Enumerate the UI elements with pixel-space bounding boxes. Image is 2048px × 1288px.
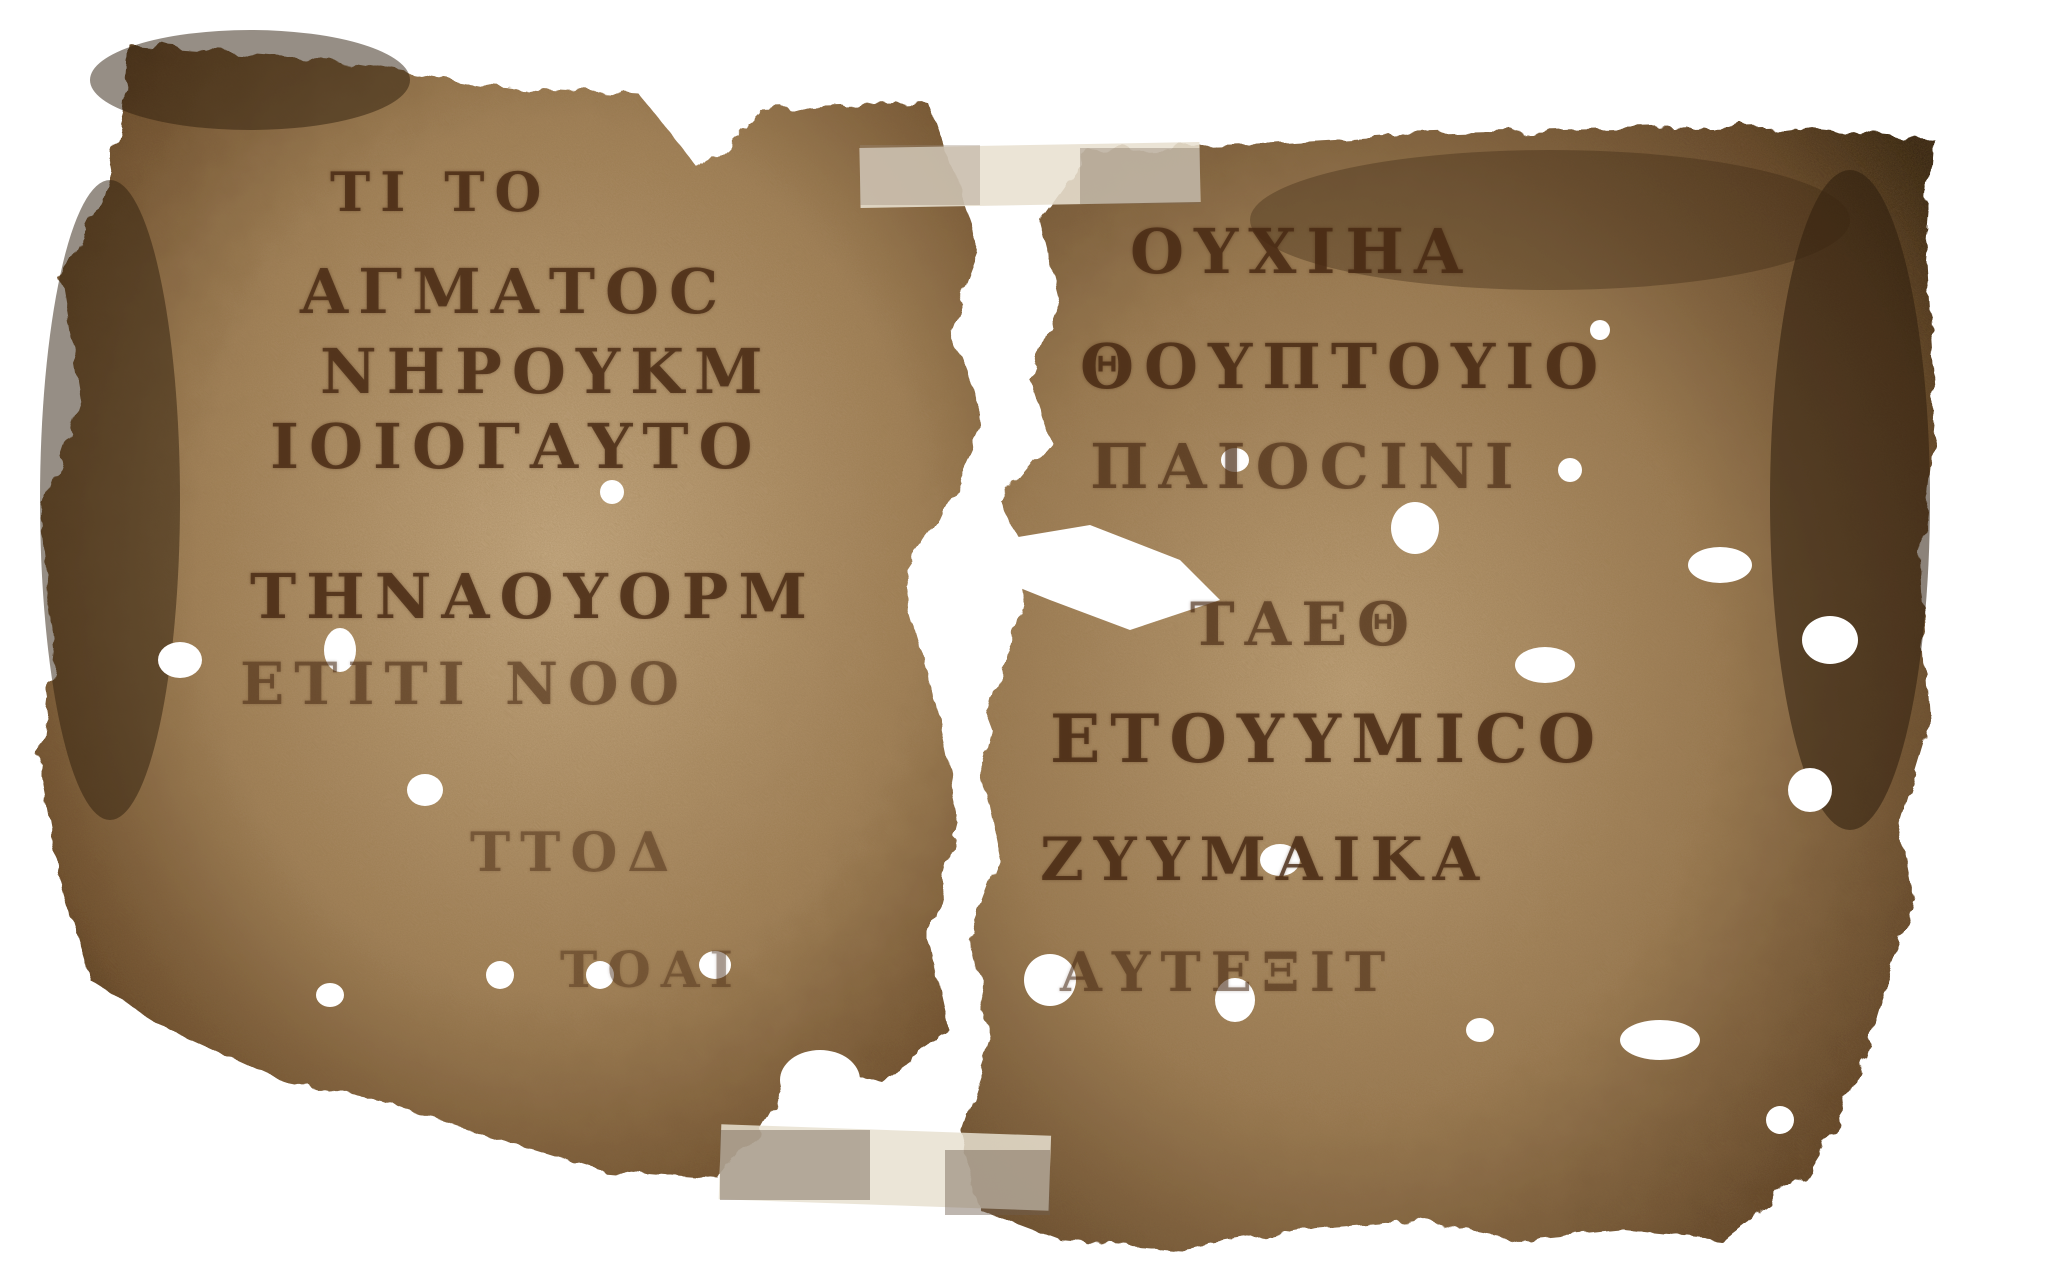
right-line-7: ΑΥΤΕΞΙΤ	[1060, 940, 1395, 1004]
left-line-1: ΤΙ ΤΟ	[330, 160, 551, 224]
right-line-2: ΘΟΥΠΤΟΥΙΟ	[1080, 330, 1608, 403]
right-line-6: ΖΥΥΜΑΙΚΑ	[1040, 825, 1489, 895]
left-line-8: ΤΟΑΙ	[560, 940, 743, 999]
parchment-shapes	[0, 0, 2048, 1288]
left-line-7: ΤΤΟΔ	[470, 820, 679, 884]
left-line-3: ΝΗΡΟΥΚΜ	[320, 335, 773, 408]
left-line-2: ΑΓΜΑΤΟC	[300, 255, 728, 328]
right-line-4: ΤΑΕΘ	[1190, 590, 1419, 660]
left-line-4: ΙΟΙΟΓΑΥΤΟ	[270, 410, 763, 483]
left-line-5: ΤΗΝΑΟΥΟΡΜ	[250, 560, 817, 633]
right-line-5: ΕΤΟΥΥΜΙCΟ	[1050, 700, 1605, 778]
parchment-photo: ΤΙ ΤΟ ΑΓΜΑΤΟC ΝΗΡΟΥΚΜ ΙΟΙΟΓΑΥΤΟ ΤΗΝΑΟΥΟΡ…	[0, 0, 2048, 1288]
left-line-6: ΕΤΙΤΙ ΝΟΟ	[240, 650, 689, 718]
right-line-1: ΟΥΧΙΗΑ	[1130, 215, 1472, 288]
right-line-3: ΠΑΙΟCΙΝΙ	[1090, 430, 1524, 503]
